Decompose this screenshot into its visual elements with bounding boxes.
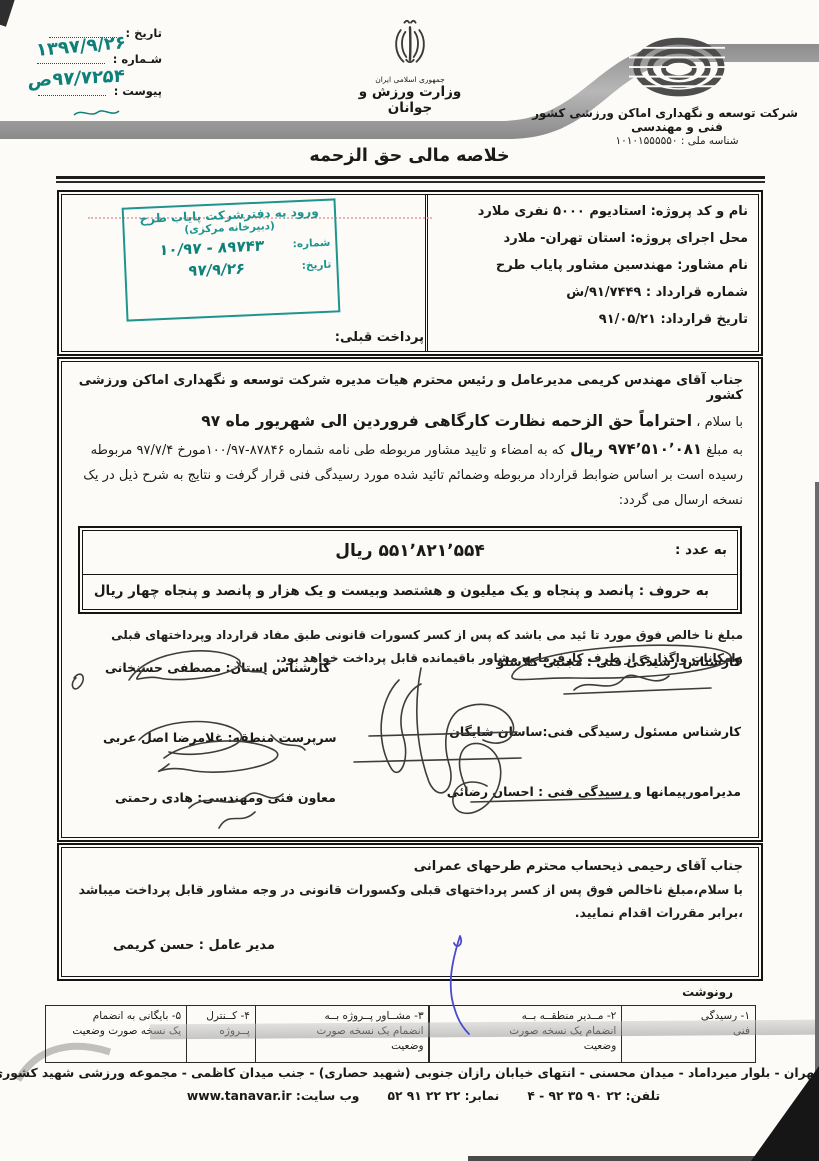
field-label: نام مشاور: — [677, 258, 748, 273]
footer-website: وب سایت: www.tanavar.ir — [187, 1089, 360, 1103]
register-block: تاریخ : شـماره : پیوست : ۱۳۹۷/۹/۲۶ ۹۷/۷۲… — [22, 22, 162, 106]
signature-label-region-supervisor: سرپرست منطقه: غلامرضا اصل عربی — [103, 730, 337, 745]
amount-words-row: به حروف : پانصد و پنجاه و یک میلیون و هش… — [83, 575, 737, 599]
footer-contact-line: تلفن: ۲۲ ۹۰ ۳۵ ۹۲ - ۴ نمابر: ۲۲ ۲۲ ۹۱ ۵۲… — [14, 1089, 819, 1103]
ministry-block: جمهوری اسلامی ایران وزارت ورزش و جوانان — [345, 18, 475, 116]
amount-words-value: پانصد و پنجاه و یک میلیون و هشتصد وبیست … — [94, 583, 634, 599]
project-info-box: نام و کد پروژه: استادیوم ۵۰۰۰ نفری ملارد… — [57, 190, 763, 356]
footer-fax: نمابر: ۲۲ ۲۲ ۹۱ ۵۲ — [387, 1089, 499, 1103]
company-logo-icon — [629, 36, 725, 100]
salutation: با سلام ، — [692, 415, 743, 430]
amount-numeric-value: ۵۵۱٬۸۲۱٬۵۵۴ ریال — [83, 531, 737, 561]
cc-label: رونوشت — [682, 985, 733, 999]
project-info-box-inner: نام و کد پروژه: استادیوم ۵۰۰۰ نفری ملارد… — [61, 194, 759, 352]
accountant-recipient: جناب آقای رحیمی ذیحساب محترم طرحهای عمرا… — [77, 859, 743, 874]
field-value: ۹۱/۷۴۴۹/ش — [566, 285, 641, 300]
footer-phone: تلفن: ۲۲ ۹۰ ۳۵ ۹۲ - ۴ — [527, 1089, 660, 1103]
field-value: مهندسین مشاور پایاب طرح — [496, 258, 673, 273]
amount-numeric-row: به عدد : ۵۵۱٬۸۲۱٬۵۵۴ ریال — [83, 531, 737, 575]
letter-subject-line: با سلام ، احتراماً حق الزحمه نظارت کارگا… — [77, 412, 743, 430]
subject-text: احتراماً حق الزحمه نظارت کارگاهی فروردین… — [201, 412, 692, 430]
signature-label-responsible-expert: کارشناس مسئول رسیدگی فنی:ساسان شایگان — [449, 724, 741, 739]
entry-stamp: ورود به دفترشرکت پایاب طرح (دبیرخانه مرک… — [122, 198, 341, 321]
accountant-content: جناب آقای رحیمی ذیحساب محترم طرحهای عمرا… — [65, 851, 755, 973]
approved-amount-box-inner: به عدد : ۵۵۱٬۸۲۱٬۵۵۴ ریال به حروف : پانص… — [82, 530, 738, 610]
scan-edge-bottom — [468, 1156, 761, 1161]
signatures-zone: کارشناس رسیدگی فنی : مجتبی کلاشلو کارشنا… — [75, 638, 745, 830]
main-letter-content: جناب آقای مهندس کریمی مدیرعامل و رئیس مح… — [65, 365, 755, 834]
signature-label-reviewer: کارشناس رسیدگی فنی : مجتبی کلاشلو — [496, 654, 741, 669]
main-letter-box: جناب آقای مهندس کریمی مدیرعامل و رئیس مح… — [57, 357, 763, 842]
company-name: شرکت توسعه و نگهداری اماکن ورزشی کشور — [556, 106, 798, 120]
scanned-letter-page: تاریخ : شـماره : پیوست : ۱۳۹۷/۹/۲۶ ۹۷/۷۲… — [0, 0, 819, 1161]
footer-address: تهران - بلوار میرداماد - میدان محسنی - ا… — [0, 1066, 819, 1080]
gross-amount: ۹۷۴٬۵۱۰٬۰۸۱ — [608, 440, 702, 458]
field-contract-number: شماره قرارداد : ۹۱/۷۴۴۹/ش — [432, 285, 748, 312]
stamp-date-row: تاریخ: ۹۷/۹/۲۶ — [131, 256, 332, 283]
signature-label-contracts-manager: مدیرامورپیمانها و رسیدگی فنی : احسان رضا… — [447, 784, 741, 799]
attachment-scribble — [72, 106, 122, 120]
stamp-area: ورود به دفترشرکت پایاب طرح (دبیرخانه مرک… — [62, 195, 438, 351]
field-value: استادیوم ۵۰۰۰ نفری ملارد — [478, 204, 646, 219]
approved-amount-box: به عدد : ۵۵۱٬۸۲۱٬۵۵۴ ریال به حروف : پانص… — [78, 526, 742, 614]
previous-payment-label: پرداخت قبلی: — [335, 330, 424, 345]
stamp-number-value: ۸۹۷۴۳ - ۱۰/۹۷ — [130, 235, 294, 260]
field-contract-date: تاریخ قرارداد: ۹۱/۰۵/۲۱ — [432, 312, 748, 339]
letter-body: به مبلغ ۹۷۴٬۵۱۰٬۰۸۱ ریال که به امضاء و ت… — [77, 437, 743, 513]
republic-line: جمهوری اسلامی ایران — [345, 75, 475, 84]
accountant-instruction: با سلام،مبلغ ناخالص فوق پس از کسر پرداخت… — [77, 878, 743, 924]
field-value: استان تهران- ملارد — [504, 231, 626, 246]
blue-pen-mark — [424, 930, 504, 1038]
company-block: شرکت توسعه و نگهداری اماکن ورزشی کشور فن… — [556, 36, 798, 147]
field-project-name: نام و کد پروژه: استادیوم ۵۰۰۰ نفری ملارد — [432, 204, 748, 231]
iran-coat-of-arms-icon — [391, 18, 429, 70]
main-letter-box-inner: جناب آقای مهندس کریمی مدیرعامل و رئیس مح… — [61, 361, 759, 838]
number-label: شـماره : — [113, 52, 162, 66]
body-prefix: به مبلغ — [702, 443, 743, 458]
date-label: تاریخ : — [126, 26, 162, 40]
field-location: محل اجرای پروژه: استان تهران- ملارد — [432, 231, 748, 258]
stamp-date-label: تاریخ: — [301, 259, 331, 272]
stamp-number-label: شماره: — [292, 237, 330, 251]
managing-director-signature-label: مدیر عامل : حسن کریمی — [113, 938, 275, 953]
letter-recipient: جناب آقای مهندس کریمی مدیرعامل و رئیس مح… — [77, 373, 743, 403]
field-consultant: نام مشاور: مهندسین مشاور پایاب طرح — [432, 258, 748, 285]
accountant-box-inner: جناب آقای رحیمی ذیحساب محترم طرحهای عمرا… — [61, 847, 759, 977]
amount-words-label: به حروف : — [634, 583, 709, 599]
ministry-name: وزارت ورزش و جوانان — [345, 84, 475, 116]
field-label: محل اجرای پروژه: — [630, 231, 748, 246]
scan-edge-right — [815, 482, 819, 1161]
signature-label-province-expert: کارشناس استان: مصطفی حسنخانی — [105, 660, 330, 675]
field-label: شماره قرارداد : — [646, 285, 748, 300]
field-label: نام و کد پروژه: — [651, 204, 748, 219]
stamp-date-value: ۹۷/۹/۲۶ — [131, 257, 303, 283]
amount-numeric-label: به عدد : — [675, 542, 727, 558]
company-department: فنی و مهندسی — [556, 120, 798, 134]
accountant-box: جناب آقای رحیمی ذیحساب محترم طرحهای عمرا… — [57, 843, 763, 981]
scan-corner-wedge — [751, 1066, 819, 1161]
field-value: ۹۱/۰۵/۲۱ — [599, 312, 656, 327]
project-fields: نام و کد پروژه: استادیوم ۵۰۰۰ نفری ملارد… — [425, 195, 758, 351]
document-title: خلاصه مالی حق الزحمه — [0, 146, 819, 166]
signature-label-deputy: معاون فنی ومهندسی: هادی رحمتی — [115, 790, 336, 805]
field-label: تاریخ قرارداد: — [660, 312, 748, 327]
rial-word: ریال — [565, 440, 608, 458]
